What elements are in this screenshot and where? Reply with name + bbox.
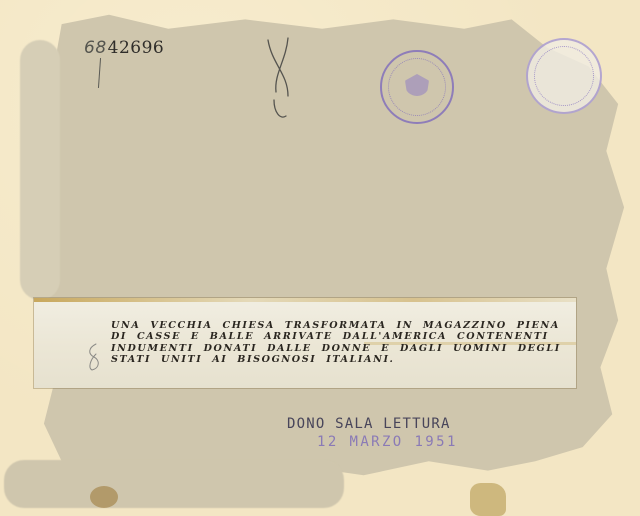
circular-ink-stamp-right [526, 38, 602, 114]
caption-line: INDUMENTI DONATI DALLE DONNE E DAGLI UOM… [111, 343, 561, 354]
caption-label: UNA VECCHIA CHIESA TRASFORMATA IN MAGAZZ… [34, 298, 576, 388]
catalog-handwritten-prefix: 68 [84, 38, 107, 58]
catalog-number: 6842696 [84, 38, 164, 58]
handwritten-eight-mark [262, 34, 298, 124]
label-handwritten-eight [86, 342, 102, 372]
photo-back-paper: 6842696 UNA VECCHIA CHIESA TRASFORMATA I… [0, 0, 640, 516]
donation-stamp-date: 12 MARZO 1951 [317, 434, 458, 450]
circular-ink-stamp-left [380, 50, 454, 124]
caption-text: UNA VECCHIA CHIESA TRASFORMATA IN MAGAZZ… [111, 320, 561, 365]
donation-stamp: DONO SALA LETTURA 12 MARZO 1951 [287, 416, 458, 450]
stain-mark [470, 483, 506, 516]
stain-mark [90, 486, 118, 508]
caption-line: UNA VECCHIA CHIESA TRASFORMATA IN MAGAZZ… [111, 320, 560, 331]
donation-stamp-line1: DONO SALA LETTURA [287, 416, 458, 432]
caption-line: STATI UNITI AI BISOGNOSI ITALIANI. [111, 354, 394, 365]
paper-residue-fade [20, 40, 60, 300]
catalog-stamped-number: 42696 [108, 38, 165, 58]
caption-line: DI CASSE E BALLE ARRIVATE DALL'AMERICA C… [111, 331, 549, 342]
paper-residue-bottom [4, 460, 344, 508]
